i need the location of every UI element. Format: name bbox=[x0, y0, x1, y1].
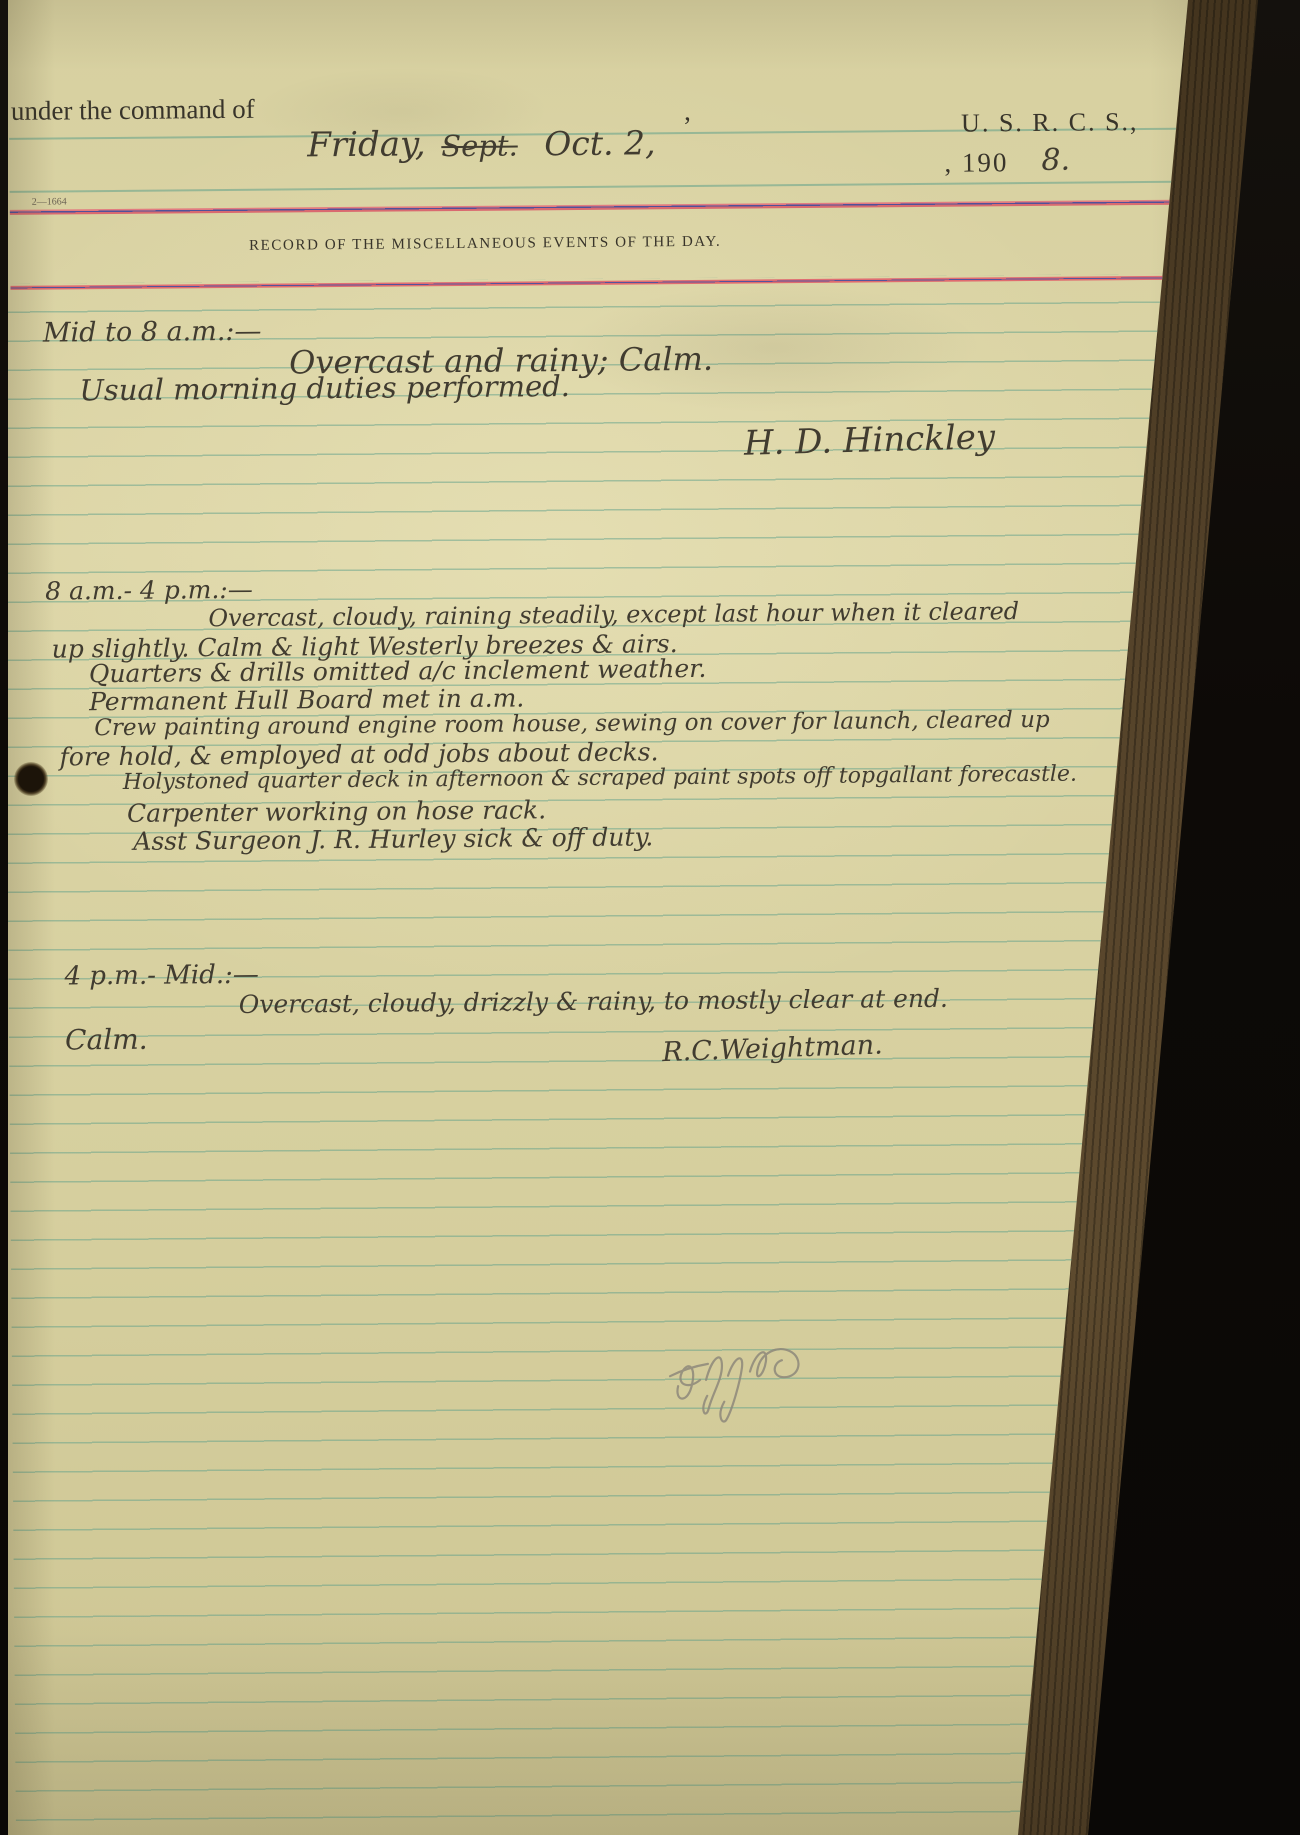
year-printed: , 190 bbox=[944, 147, 1008, 179]
log-line: Usual morning duties performed. bbox=[79, 369, 570, 407]
punch-hole bbox=[14, 762, 48, 796]
section-title: RECORD OF THE MISCELLANEOUS EVENTS OF TH… bbox=[10, 232, 960, 257]
command-line-prefix: under the command of bbox=[11, 94, 255, 127]
service-abbreviation: U. S. R. C. S., bbox=[961, 107, 1139, 139]
log-line: Quarters & drills omitted a/c inclement … bbox=[89, 654, 707, 688]
watch-heading: Mid to 8 a.m.:— bbox=[43, 316, 262, 349]
year-handwritten: 8. bbox=[1041, 143, 1070, 178]
watch-heading: 8 a.m.- 4 p.m.:— bbox=[45, 575, 253, 606]
date-day-handwritten: Friday, bbox=[307, 124, 426, 165]
log-line: Asst Surgeon J. R. Hurley sick & off dut… bbox=[133, 822, 653, 856]
date-month-day-handwritten: Oct. 2, bbox=[544, 123, 656, 163]
log-line: Calm. bbox=[65, 1023, 148, 1057]
watch-heading: 4 p.m.- Mid.:— bbox=[64, 960, 259, 992]
header-rule-top bbox=[10, 199, 1300, 215]
pencil-scribble-initials bbox=[664, 1320, 875, 1432]
officer-signature: H. D. Hinckley bbox=[743, 417, 995, 464]
logbook-photo: under the command of , U. S. R. C. S., F… bbox=[0, 0, 1300, 1835]
command-line-comma: , bbox=[684, 96, 691, 127]
form-number: 2—1664 bbox=[32, 196, 67, 207]
date-month-struck: Sept. bbox=[441, 128, 518, 163]
log-line: Overcast, cloudy, drizzly & rainy, to mo… bbox=[239, 984, 948, 1019]
ruled-line bbox=[10, 180, 1300, 193]
